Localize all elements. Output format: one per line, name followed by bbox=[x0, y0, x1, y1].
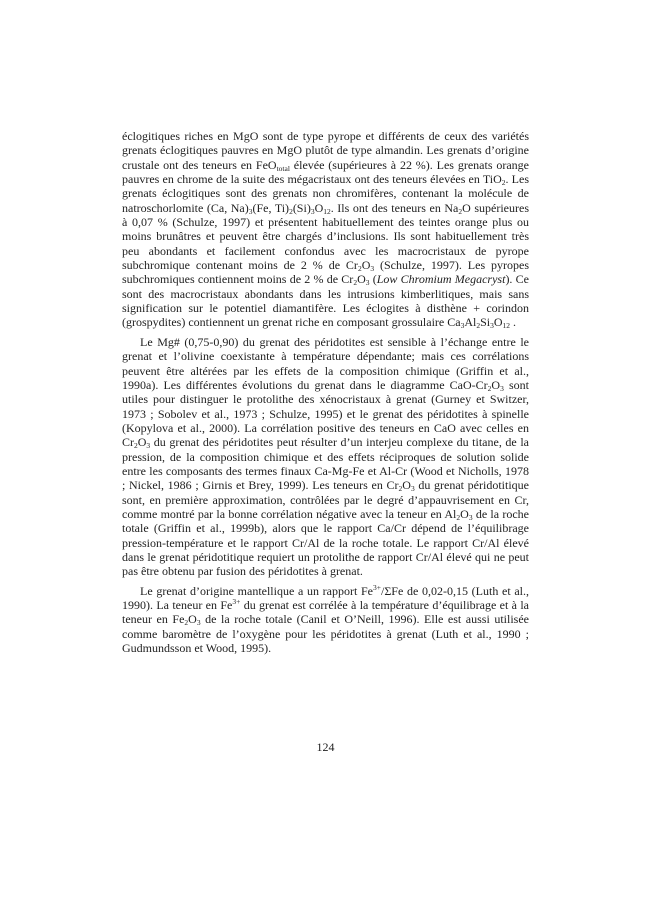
paragraph: éclogitiques riches en MgO sont de type … bbox=[122, 129, 529, 330]
paragraph: Le grenat d’origine mantellique a un rap… bbox=[122, 584, 529, 656]
text-block: éclogitiques riches en MgO sont de type … bbox=[122, 129, 529, 655]
page-number: 124 bbox=[122, 740, 529, 754]
paragraph: Le Mg# (0,75-0,90) du grenat des péridot… bbox=[122, 335, 529, 579]
document-page: éclogitiques riches en MgO sont de type … bbox=[0, 0, 650, 920]
